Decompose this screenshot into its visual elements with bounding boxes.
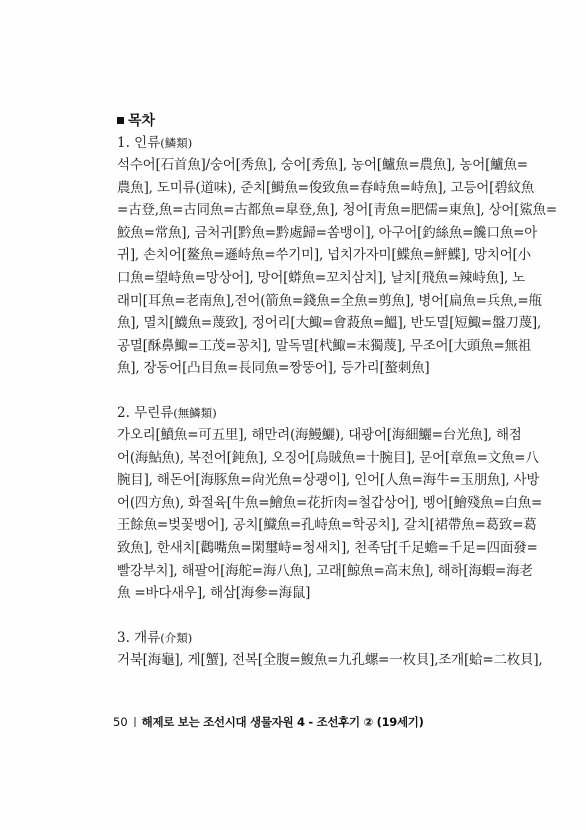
text-line: 래미[耳魚=老南魚],전어(箭魚=錢魚=全魚=剪魚], 병어[扁魚=兵魚,=甁 xyxy=(117,290,477,313)
section-title-scaleless-fish: 2. 무린류(無鱗類) xyxy=(117,402,477,424)
footer-separator xyxy=(134,717,136,727)
toc-content: 1. 인류(鱗類) 석수어[石首魚]/숭어[秀魚], 숭어[秀魚], 농어[鱸魚… xyxy=(117,132,477,671)
text-line: 魚], 장동어[凸目魚=長同魚=짱뚱어], 등가리[螯刺魚] xyxy=(117,357,477,380)
text-line: 魚 =바다새우], 해삼[海參=海鼠] xyxy=(117,582,477,605)
page-footer: 50 해제로 보는 조선시대 생물자원 4 - 조선후기 ② (19세기) xyxy=(113,714,424,730)
text-line: 腕目], 해돈어[海豚魚=尙光魚=상괭이], 인어[人魚=海牛=玉朋魚], 사방 xyxy=(117,469,477,492)
section-title-text: 1. 인류 xyxy=(117,135,160,151)
text-line: 거북[海龜], 게[蟹], 전복[全腹=鰒魚=九孔螺=一枚貝],조개[蛤=二枚貝… xyxy=(117,649,477,672)
square-bullet-icon xyxy=(117,117,124,124)
section-title-hanja: (介類) xyxy=(160,631,192,645)
paragraph-gap xyxy=(117,605,477,627)
page-number: 50 xyxy=(113,715,128,729)
section-title-hanja: (無鱗類) xyxy=(173,406,216,420)
text-line: 귀], 손치어[鳌魚=遜峙魚=쑤기미], 넙치가자미[鰈魚=鮃鰈], 망치어[小 xyxy=(117,244,477,267)
toc-heading-label: 목차 xyxy=(128,110,155,130)
section-title-text: 3. 개류 xyxy=(117,630,160,646)
book-title: 해제로 보는 조선시대 생물자원 4 - 조선후기 ② (19세기) xyxy=(142,714,424,730)
text-line: 農魚], 도미류(道味), 준치[鰣魚=俊致魚=春峙魚=峙魚], 고등어[碧紋魚 xyxy=(117,177,477,200)
section-title-text: 2. 무린류 xyxy=(117,405,173,421)
text-line: 어(海鮎魚), 복전어[鈍魚], 오징어[烏賊魚=十腕目], 문어[章魚=文魚=… xyxy=(117,447,477,470)
text-line: =古登,魚=古同魚=古都魚=皐登,魚], 청어[靑魚=肥儒=東魚], 상어[鯊魚… xyxy=(117,199,477,222)
text-line: 석수어[石首魚]/숭어[秀魚], 숭어[秀魚], 농어[鱸魚=農魚], 농어[鱸… xyxy=(117,154,477,177)
section-title-hanja: (鱗類) xyxy=(160,136,192,150)
text-line: 口魚=望峙魚=망상어], 망어[蟒魚=꼬치삼치], 날치[飛魚=辣峙魚], 노 xyxy=(117,267,477,290)
paragraph-gap xyxy=(117,380,477,402)
text-line: 가오리[鱝魚=可五里], 해만려(海鰻鱺), 대광어[海細鱺=台光魚], 해점 xyxy=(117,424,477,447)
section-title-scaled-fish: 1. 인류(鱗類) xyxy=(117,132,477,154)
toc-heading: 목차 xyxy=(117,110,155,130)
text-line: 鮫魚=常魚], 금처귀[黔魚=黔處歸=쏨뱅이], 아구어[釣絲魚=饞口魚=아 xyxy=(117,222,477,245)
text-line: 공멸[酥鼻鯫=工茂=꽁치], 말독멸[杙鯫=末獨蔑], 무조어[大頭魚=無祖 xyxy=(117,335,477,358)
section-title-shellfish: 3. 개류(介類) xyxy=(117,627,477,649)
document-page: 목차 1. 인류(鱗類) 석수어[石首魚]/숭어[秀魚], 숭어[秀魚], 농어… xyxy=(0,0,586,830)
text-line: 어(四方魚), 화절육[牛魚=鱠魚=花折肉=철갑상어], 벵어[鱠殘魚=白魚= xyxy=(117,492,477,515)
text-line: 빨강부치], 해팔어[海舵=海八魚], 고래[鯨魚=高末魚], 해하[海蝦=海老 xyxy=(117,560,477,583)
text-line: 致魚], 한새치[鸛嘴魚=閑璽峙=청새치], 천족담[千足蟾=千足=四面發= xyxy=(117,537,477,560)
text-line: 魚], 멸치[鱴魚=蔑致], 정어리[大鯫=會蔱魚=鰮], 반도멸[短鯫=盤刀蔑… xyxy=(117,312,477,335)
text-line: 王餘魚=벚꽃뱅어], 공치[鱵魚=孔峙魚=학공치], 갈치[裙帶魚=葛致=葛 xyxy=(117,514,477,537)
